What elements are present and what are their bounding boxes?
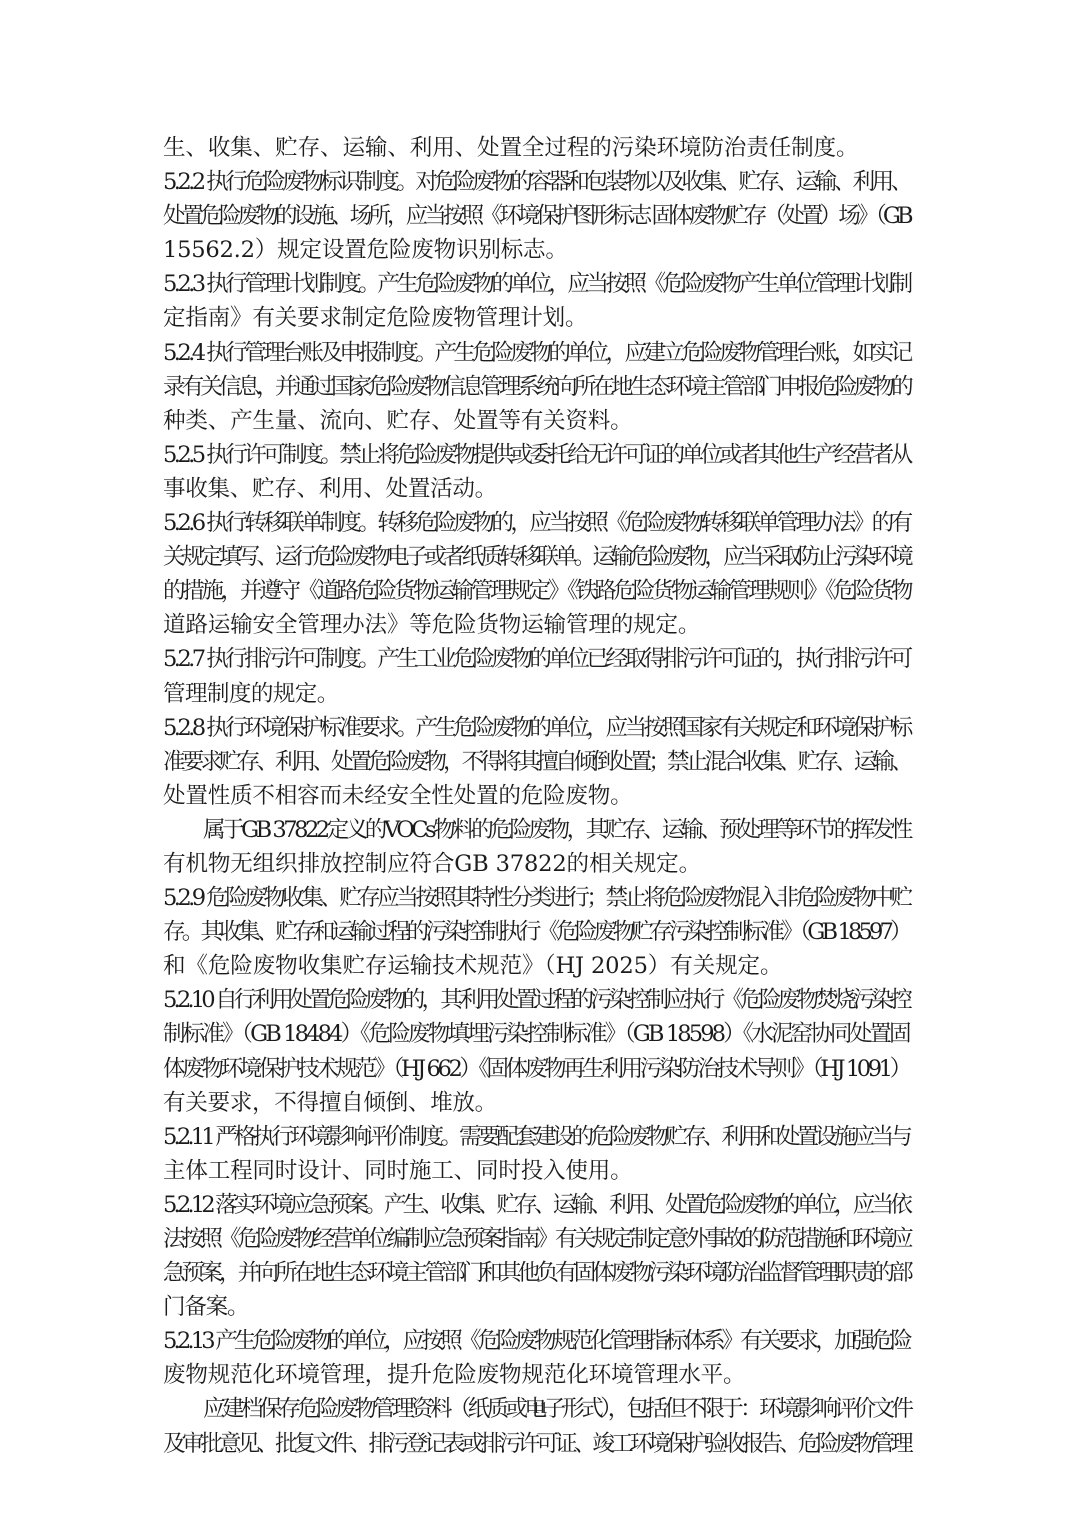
document-body: 生、收集、贮存、运输、利用、处置全过程的污染环境防治责任制度。5.2.2 执行危… [163,131,923,1461]
text-line: 属于GB 37822定义的VOCs物料的危险废物，其贮存、运输、预处理等环节的挥… [163,813,923,847]
text-line: 制标准》（GB 18484）《危险废物填埋污染控制标准》（GB 18598）《水… [163,1017,923,1051]
text-line: 有机物无组织排放控制应符合GB 37822的相关规定。 [163,847,923,881]
text-line: 法按照《危险废物经营单位编制应急预案指南》有关规定制定意外事故的防范措施和环境应 [163,1222,923,1256]
text-line: 管理制度的规定。 [163,677,923,711]
text-line: 5.2.3 执行管理计划制度。产生危险废物的单位，应当按照《危险废物产生单位管理… [163,267,923,301]
document-page: 生、收集、贮存、运输、利用、处置全过程的污染环境防治责任制度。5.2.2 执行危… [0,0,1080,1527]
text-line: 的措施，并遵守《道路危险货物运输管理规定》《铁路危险货物运输管理规则》《危险货物 [163,574,923,608]
text-line: 处置性质不相容而未经安全性处置的危险废物。 [163,779,923,813]
text-line: 5.2.13 产生危险废物的单位，应按照《危险废物规范化管理指标体系》有关要求，… [163,1324,923,1358]
text-line: 5.2.7 执行排污许可制度。产生工业危险废物的单位已经取得排污许可证的，执行排… [163,642,923,676]
text-line: 废物规范化环境管理，提升危险废物规范化环境管理水平。 [163,1358,923,1392]
text-line: 事收集、贮存、利用、处置活动。 [163,472,923,506]
text-line: 5.2.5 执行许可制度。禁止将危险废物提供或委托给无许可证的单位或者其他生产经… [163,438,923,472]
text-line: 道路运输安全管理办法》等危险货物运输管理的规定。 [163,608,923,642]
text-line: 5.2.8 执行环境保护标准要求。产生危险废物的单位，应当按照国家有关规定和环境… [163,711,923,745]
text-line: 门备案。 [163,1290,923,1324]
text-line: 15562.2）规定设置危险废物识别标志。 [163,233,923,267]
text-line: 5.2.10 自行利用处置危险废物的，其利用处置过程的污染控制应执行《危险废物焚… [163,983,923,1017]
text-line: 及审批意见、批复文件、排污登记表或排污许可证、竣工环境保护验收报告、危险废物管理 [163,1427,923,1461]
text-line: 5.2.11 严格执行环境影响评价制度。需要配套建设的危险废物贮存、利用和处置设… [163,1120,923,1154]
text-line: 准要求贮存、利用、处置危险废物，不得将其擅自倾倒处置；禁止混合收集、贮存、运输、 [163,745,923,779]
text-line: 生、收集、贮存、运输、利用、处置全过程的污染环境防治责任制度。 [163,131,923,165]
text-line: 关规定填写、运行危险废物电子或者纸质转移联单。运输危险废物，应当采取防止污染环境 [163,540,923,574]
text-line: 种类、产生量、流向、贮存、处置等有关资料。 [163,404,923,438]
text-line: 5.2.6 执行转移联单制度。转移危险废物的，应当按照《危险废物转移联单管理办法… [163,506,923,540]
text-line: 处置危险废物的设施、场所，应当按照《环境保护图形标志 固体废物贮存（处置）场》（… [163,199,923,233]
text-line: 和《危险废物收集贮存运输技术规范》（HJ 2025）有关规定。 [163,949,923,983]
text-line: 5.2.2 执行危险废物标识制度。对危险废物的容器和包装物以及收集、贮存、运输、… [163,165,923,199]
page-number: 11 [0,1398,1080,1418]
text-line: 5.2.9 危险废物收集、贮存应当按照其特性分类进行；禁止将危险废物混入非危险废… [163,881,923,915]
text-line: 5.2.12 落实环境应急预案。产生、收集、贮存、运输、利用、处置危险废物的单位… [163,1188,923,1222]
text-line: 5.2.4 执行管理台账及申报制度。产生危险废物的单位，应建立危险废物管理台账，… [163,336,923,370]
text-line: 存。其收集、贮存和运输过程的污染控制执行《危险废物贮存污染控制标准》（GB 18… [163,915,923,949]
text-line: 体废物环境保护技术规范》（HJ 662）《固体废物再生利用污染防治技术导则》（H… [163,1052,923,1086]
text-line: 定指南》有关要求制定危险废物管理计划。 [163,301,923,335]
text-line: 主体工程同时设计、同时施工、同时投入使用。 [163,1154,923,1188]
text-line: 录有关信息，并通过国家危险废物信息管理系统向所在地生态环境主管部门申报危险废物的 [163,370,923,404]
text-line: 急预案，并向所在地生态环境主管部门和其他负有固体废物污染环境防治监督管理职责的部 [163,1256,923,1290]
text-line: 有关要求，不得擅自倾倒、堆放。 [163,1086,923,1120]
